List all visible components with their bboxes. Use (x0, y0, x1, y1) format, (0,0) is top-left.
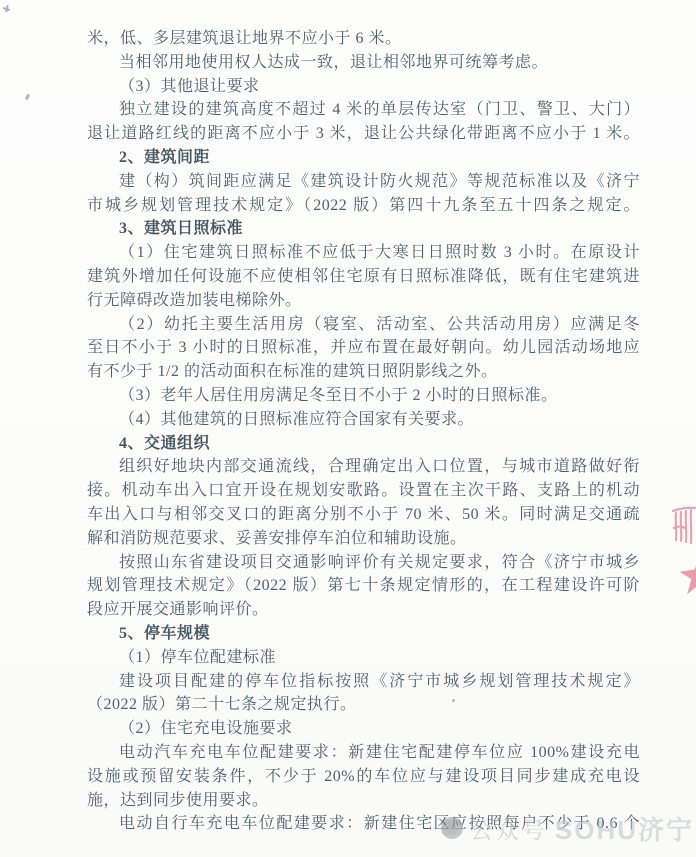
document-line: 建筑外增加任何设施不应使相邻住宅原有日照标准降低，既有住宅建筑进 (87, 265, 640, 289)
document-line: 段应开展交通影响评价。 (87, 598, 640, 622)
document-line: 施，达到同步使用要求。 (87, 789, 640, 813)
document-line: 接。机动车出入口宜开设在规划安歌路。设置在主次干路、支路上的机动 (87, 479, 640, 503)
document-line: 至日不小于 3 小时的日照标准，并应布置在最好朝向。幼儿园活动场地应 (87, 336, 640, 360)
document-line: （2022 版）第二十七条之规定执行。 (87, 693, 640, 717)
document-line: 退让道路红线的距离不应小于 3 米，退让公共绿化带距离不应小于 1 米。 (87, 122, 640, 146)
scanned-page: 米，低、多层建筑退让地界不应小于 6 米。 当相邻用地使用权人达成一致，退让相邻… (0, 0, 696, 857)
document-heading: 2、建筑间距 (87, 146, 640, 170)
document-line: （3）其他退让要求 (87, 75, 640, 99)
document-heading: 5、停车规模 (87, 622, 640, 646)
document-line: 独立建设的建筑高度不超过 4 米的单层传达室（门卫、警卫、大门） (87, 98, 640, 122)
document-line: 车出入口与相邻交叉口的距离分别不小于 70 米、50 米。同时满足交通疏 (87, 503, 640, 527)
document-line: （2）住宅充电设施要求 (87, 717, 640, 741)
document-line: （2）幼托主要生活用房（寝室、活动室、公共活动用房）应满足冬 (87, 313, 640, 337)
document-line: 电动汽车充电车位配建要求：新建住宅配建停车位应 100%建设充电 (87, 741, 640, 765)
scan-speck (25, 94, 30, 101)
document-heading: 3、建筑日照标准 (87, 217, 640, 241)
scan-speck (452, 699, 455, 702)
document-line: 米，低、多层建筑退让地界不应小于 6 米。 (87, 27, 640, 51)
document-line: 组织好地块内部交通流线，合理确定出入口位置，与城市道路做好衔 (87, 455, 640, 479)
red-seal-fragment (668, 498, 696, 604)
document-text-column: 米，低、多层建筑退让地界不应小于 6 米。 当相邻用地使用权人达成一致，退让相邻… (87, 27, 640, 836)
document-line: 有不少于 1/2 的活动面积在标准的建筑日照阴影线之外。 (87, 360, 640, 384)
document-line: 当相邻用地使用权人达成一致，退让相邻地界可统筹考虑。 (87, 51, 640, 75)
document-line: 市城乡规划管理技术规定》（2022 版）第四十九条至五十四条之规定。 (87, 194, 640, 218)
document-line: 建设项目配建的停车位指标按照《济宁市城乡规划管理技术规定》 (87, 670, 640, 694)
document-line: 电动自行车充电车位配建要求：新建住宅区应按照每户不少于 0.6 个 (87, 812, 640, 836)
document-line: 规划管理技术规定》（2022 版）第七十条规定情形的，在工程建设许可阶 (87, 574, 640, 598)
document-line: （1）停车位配建标准 (87, 646, 640, 670)
document-heading: 4、交通组织 (87, 432, 640, 456)
document-line: 行无障碍改造加装电梯除外。 (87, 289, 640, 313)
document-line: （3）老年人居住用房满足冬至日不小于 2 小时的日照标准。 (87, 384, 640, 408)
document-line: 解和消防规范要求、妥善安排停车泊位和辅助设施。 (87, 527, 640, 551)
document-line: 设施或预留安装条件，不少于 20%的车位应与建设项目同步建成充电设 (87, 765, 640, 789)
document-line: 建（构）筑间距应满足《建筑设计防火规范》等规范标准以及《济宁 (87, 170, 640, 194)
document-line: （4）其他建筑的日照标准应符合国家有关要求。 (87, 408, 640, 432)
document-line: 按照山东省建设项目交通影响评价有关规定要求，符合《济宁市城乡 (87, 551, 640, 575)
document-line: （1）住宅建筑日照标准不应低于大寒日日照时数 3 小时。在原设计 (87, 241, 640, 265)
